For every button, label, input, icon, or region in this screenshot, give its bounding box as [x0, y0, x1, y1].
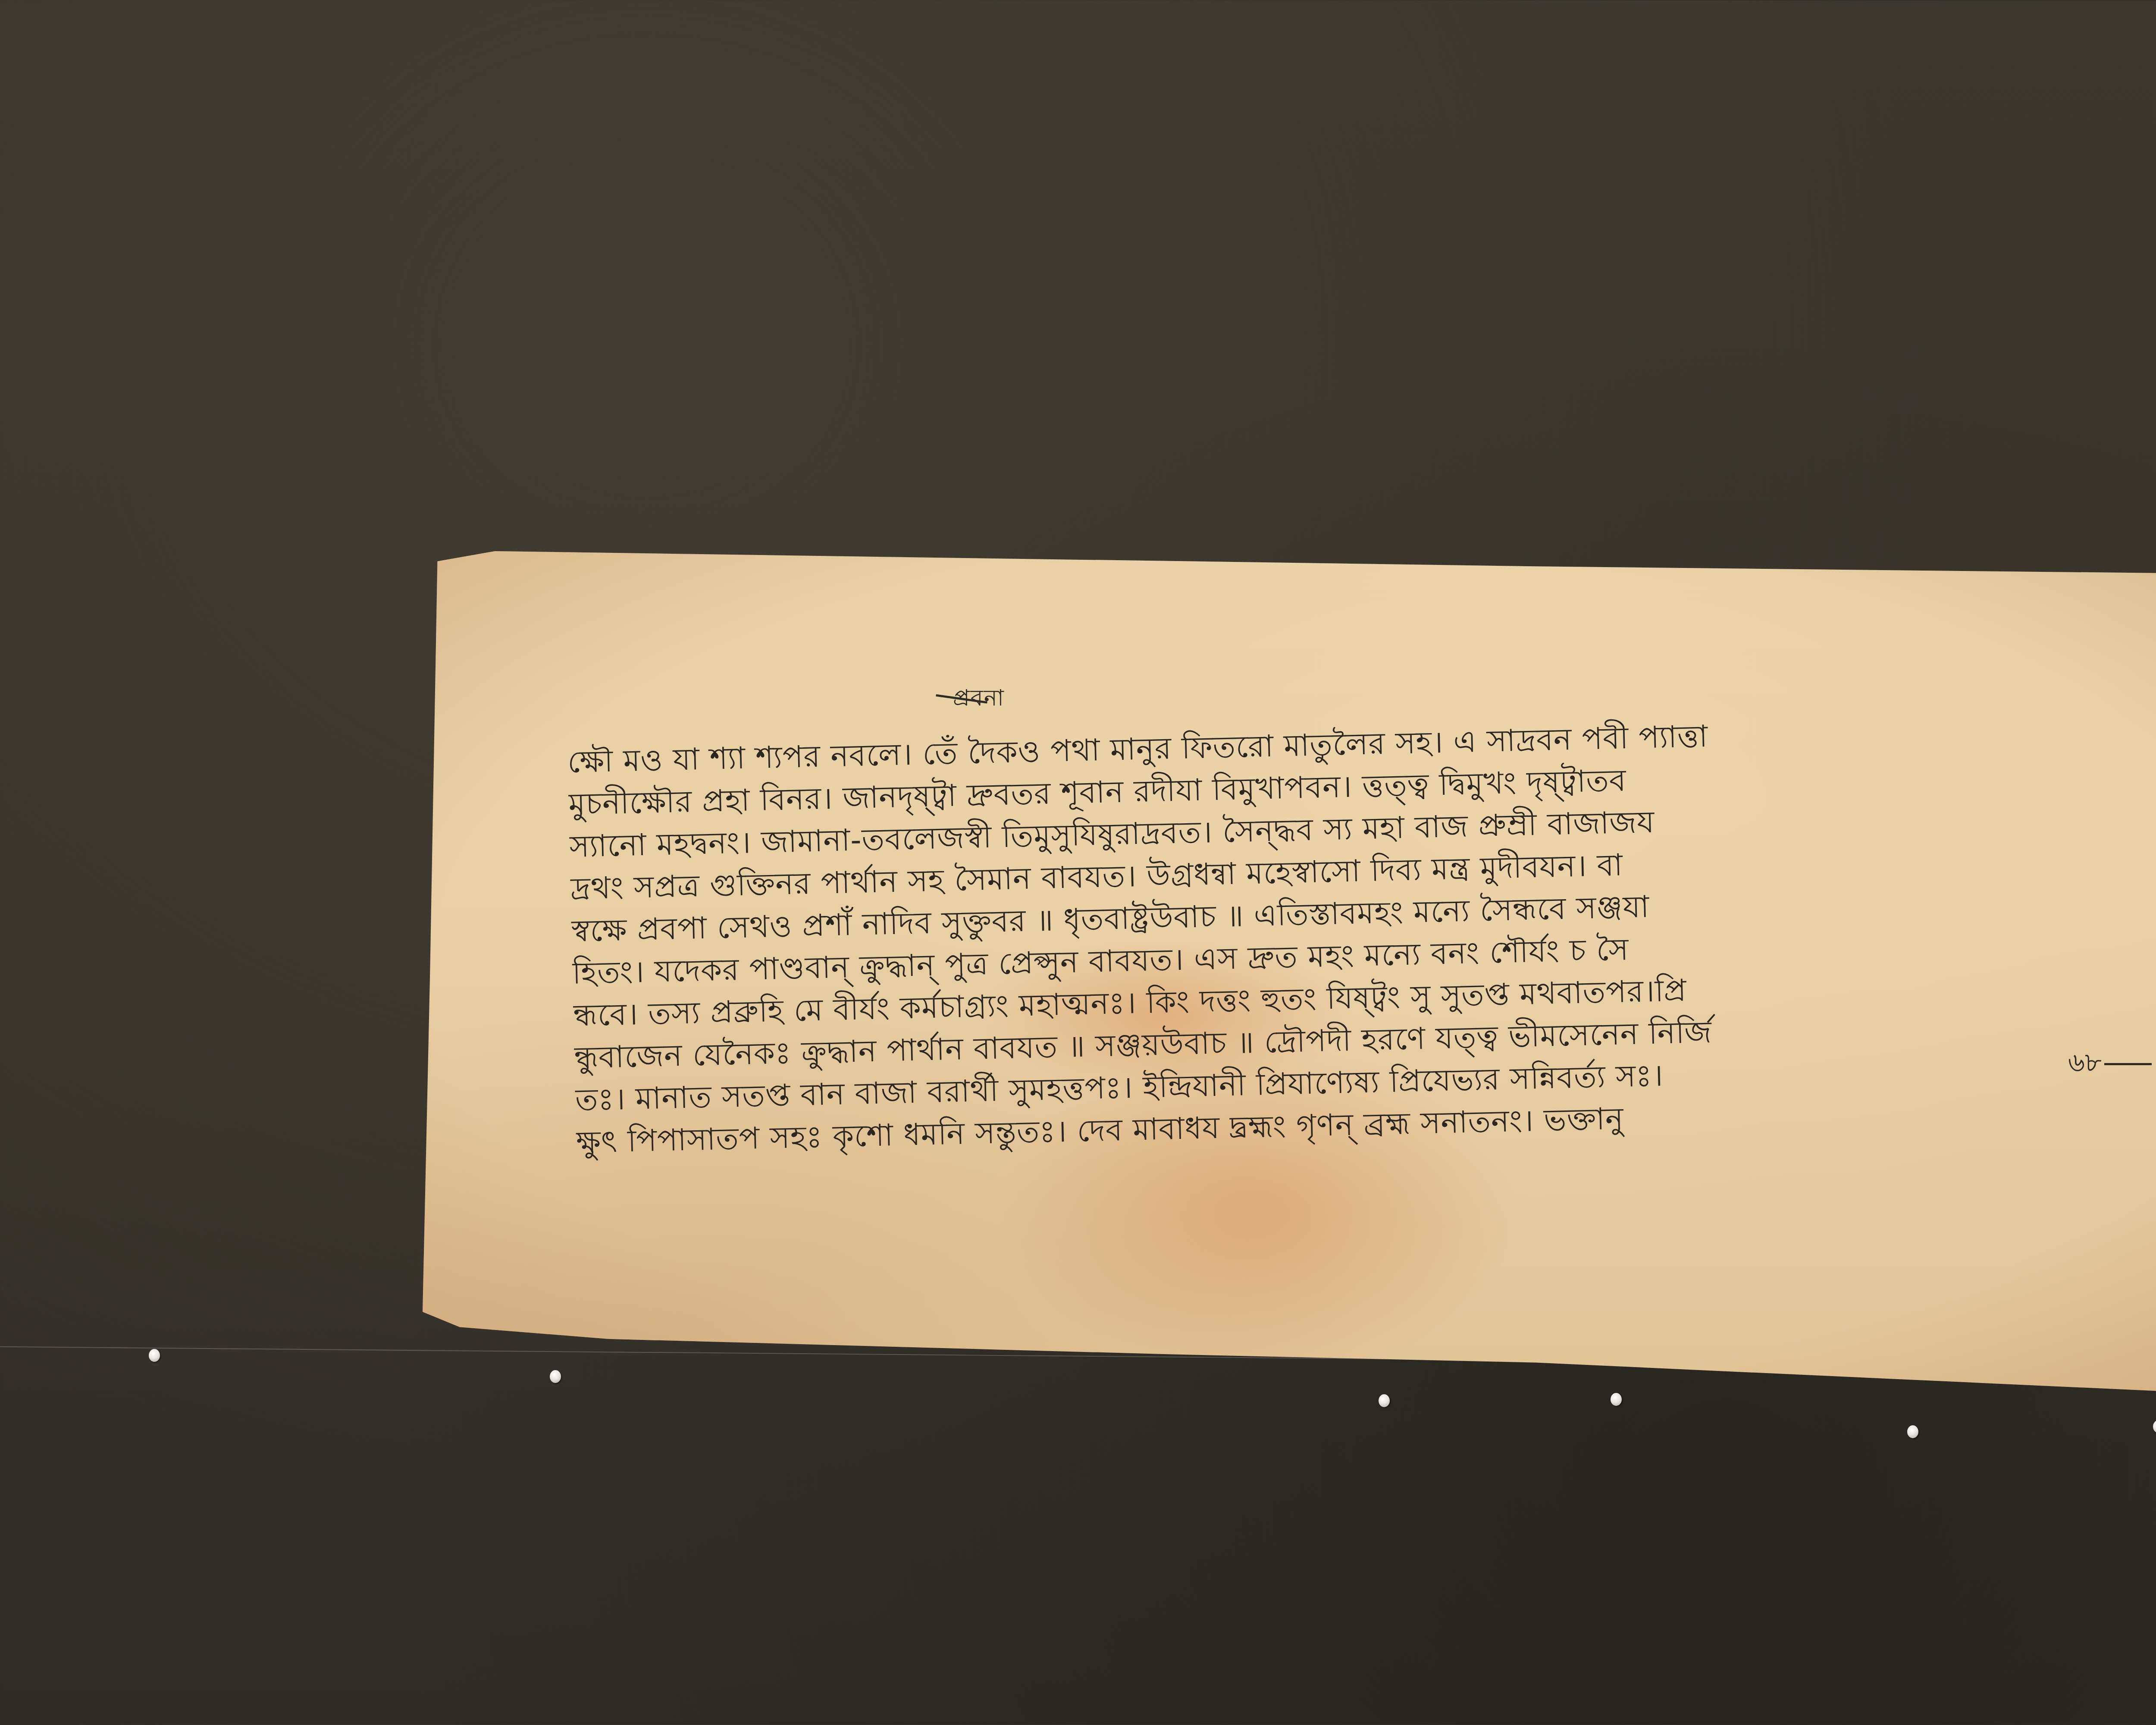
folio-number: ৬৮: [2068, 1043, 2152, 1086]
text-block: ক্ষৌ মও যা শ্যা শ্যপর নবলে। তেঁ দৈকও পথা…: [567, 705, 2156, 1164]
pin-1: [149, 1349, 160, 1362]
pin-4: [1611, 1393, 1622, 1406]
pin-5: [1907, 1425, 1918, 1438]
pin-6: [2153, 1420, 2156, 1433]
folio-heading: প্রবনা: [953, 681, 1005, 718]
manuscript-folio: প্রবনা ক্ষৌ মও যা শ্যা শ্যপর নবলে। তেঁ দ…: [423, 551, 2156, 1396]
pin-3: [1379, 1394, 1390, 1407]
pin-2: [550, 1370, 561, 1383]
